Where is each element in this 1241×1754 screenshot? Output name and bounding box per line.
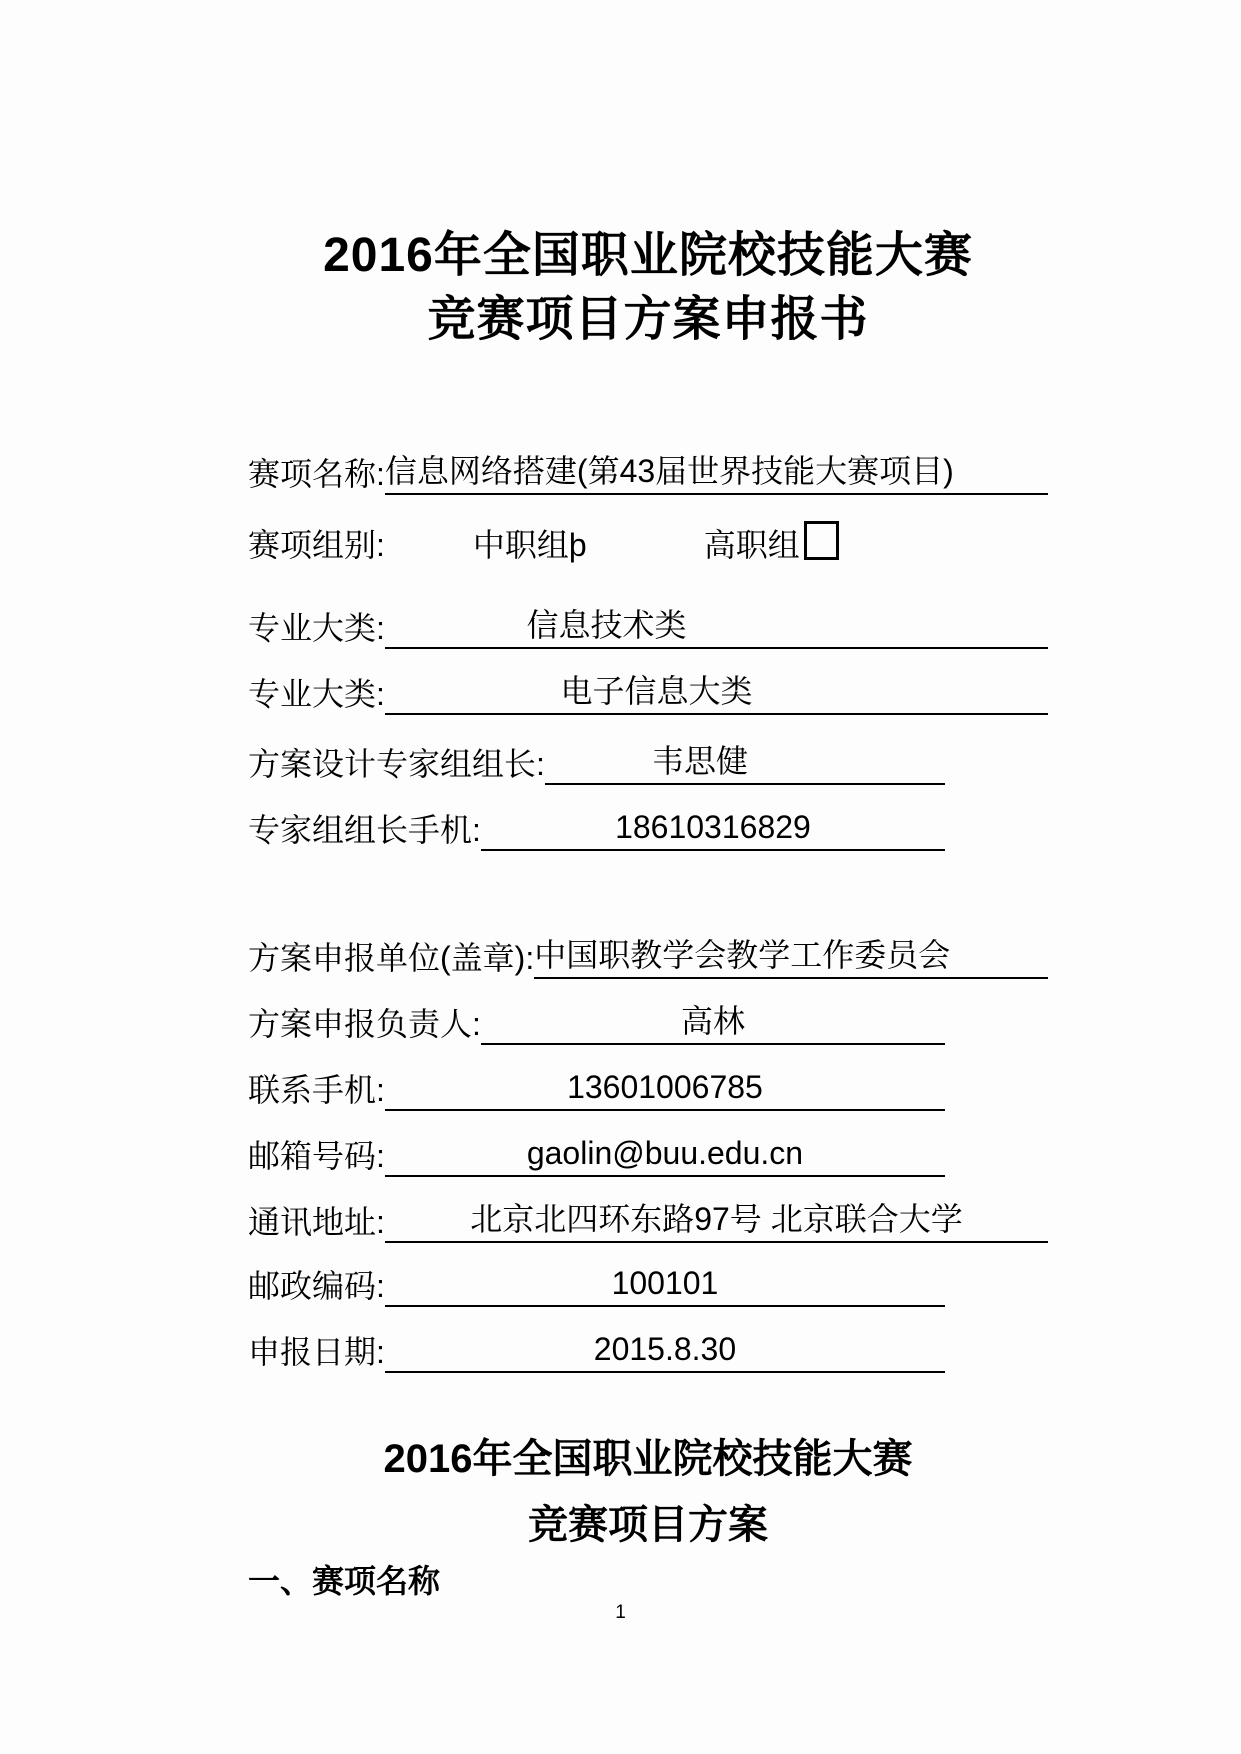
option-higher-vocational: 高职组 — [704, 524, 800, 566]
field-label: 专业大类: — [248, 673, 385, 715]
field-row-application-date: 申报日期: 2015.8.30 — [248, 1328, 945, 1373]
field-value-underlined: 信息技术类 — [385, 604, 1048, 649]
document-page: 2016年全国职业院校技能大赛 竞赛项目方案申报书 赛项名称: 信息网络搭建(第… — [0, 0, 1241, 1754]
field-value-underlined: 韦思健 — [545, 740, 945, 785]
field-label: 方案申报单位(盖章): — [248, 937, 534, 979]
field-value-underlined: 电子信息大类 — [385, 670, 1048, 715]
field-label: 赛项组别: — [248, 524, 385, 566]
field-row-major-category-1: 专业大类: 信息技术类 — [248, 604, 1048, 649]
field-row-postal-code: 邮政编码: 100101 — [248, 1262, 945, 1307]
field-label: 联系手机: — [248, 1069, 385, 1111]
field-label: 专家组组长手机: — [248, 809, 481, 851]
section-title-line2: 竞赛项目方案 — [248, 1500, 1048, 1550]
empty-checkbox — [804, 521, 839, 560]
field-value-underlined: 信息网络搭建(第43届世界技能大赛项目) — [385, 450, 1048, 495]
field-label: 申报日期: — [248, 1331, 385, 1373]
page-number: 1 — [0, 1602, 1241, 1624]
document-title-line2: 竞赛项目方案申报书 — [248, 292, 1048, 348]
option-secondary-vocational: 中职组þ — [473, 524, 587, 566]
section-title-line1: 2016年全国职业院校技能大赛 — [248, 1434, 1048, 1484]
field-value-underlined: 高林 — [481, 1000, 945, 1045]
field-value-underlined: gaolin@buu.edu.cn — [385, 1132, 945, 1177]
field-label: 专业大类: — [248, 607, 385, 649]
field-row-responsible-person: 方案申报负责人: 高林 — [248, 1000, 945, 1045]
field-row-event-name: 赛项名称: 信息网络搭建(第43届世界技能大赛项目) — [248, 450, 1048, 495]
field-label: 通讯地址: — [248, 1201, 385, 1243]
field-value-underlined: 13601006785 — [385, 1066, 945, 1111]
field-label: 邮箱号码: — [248, 1135, 385, 1177]
field-value-underlined: 2015.8.30 — [385, 1328, 945, 1373]
field-label: 方案申报负责人: — [248, 1003, 481, 1045]
field-label: 邮政编码: — [248, 1265, 385, 1307]
field-row-contact-mobile: 联系手机: 13601006785 — [248, 1066, 945, 1111]
field-row-major-category-2: 专业大类: 电子信息大类 — [248, 670, 1048, 715]
section-heading-event-name: 一、赛项名称 — [248, 1556, 440, 1602]
field-row-applicant-unit: 方案申报单位(盖章): 中国职教学会教学工作委员会 — [248, 934, 1048, 979]
field-value-underlined: 中国职教学会教学工作委员会 — [534, 934, 1048, 979]
field-label: 赛项名称: — [248, 453, 385, 495]
field-value-underlined: 18610316829 — [481, 806, 945, 851]
field-value-underlined: 北京北四环东路97号 北京联合大学 — [385, 1198, 1048, 1243]
field-label: 方案设计专家组组长: — [248, 743, 545, 785]
field-row-postal-address: 通讯地址: 北京北四环东路97号 北京联合大学 — [248, 1198, 1048, 1243]
field-row-leader-mobile: 专家组组长手机: 18610316829 — [248, 806, 945, 851]
field-row-event-group: 赛项组别: 中职组þ 高职组 — [248, 524, 1048, 566]
field-row-expert-group-leader: 方案设计专家组组长: 韦思健 — [248, 740, 945, 785]
document-title-line1: 2016年全国职业院校技能大赛 — [248, 228, 1048, 284]
field-row-email: 邮箱号码: gaolin@buu.edu.cn — [248, 1132, 945, 1177]
field-value-underlined: 100101 — [385, 1262, 945, 1307]
